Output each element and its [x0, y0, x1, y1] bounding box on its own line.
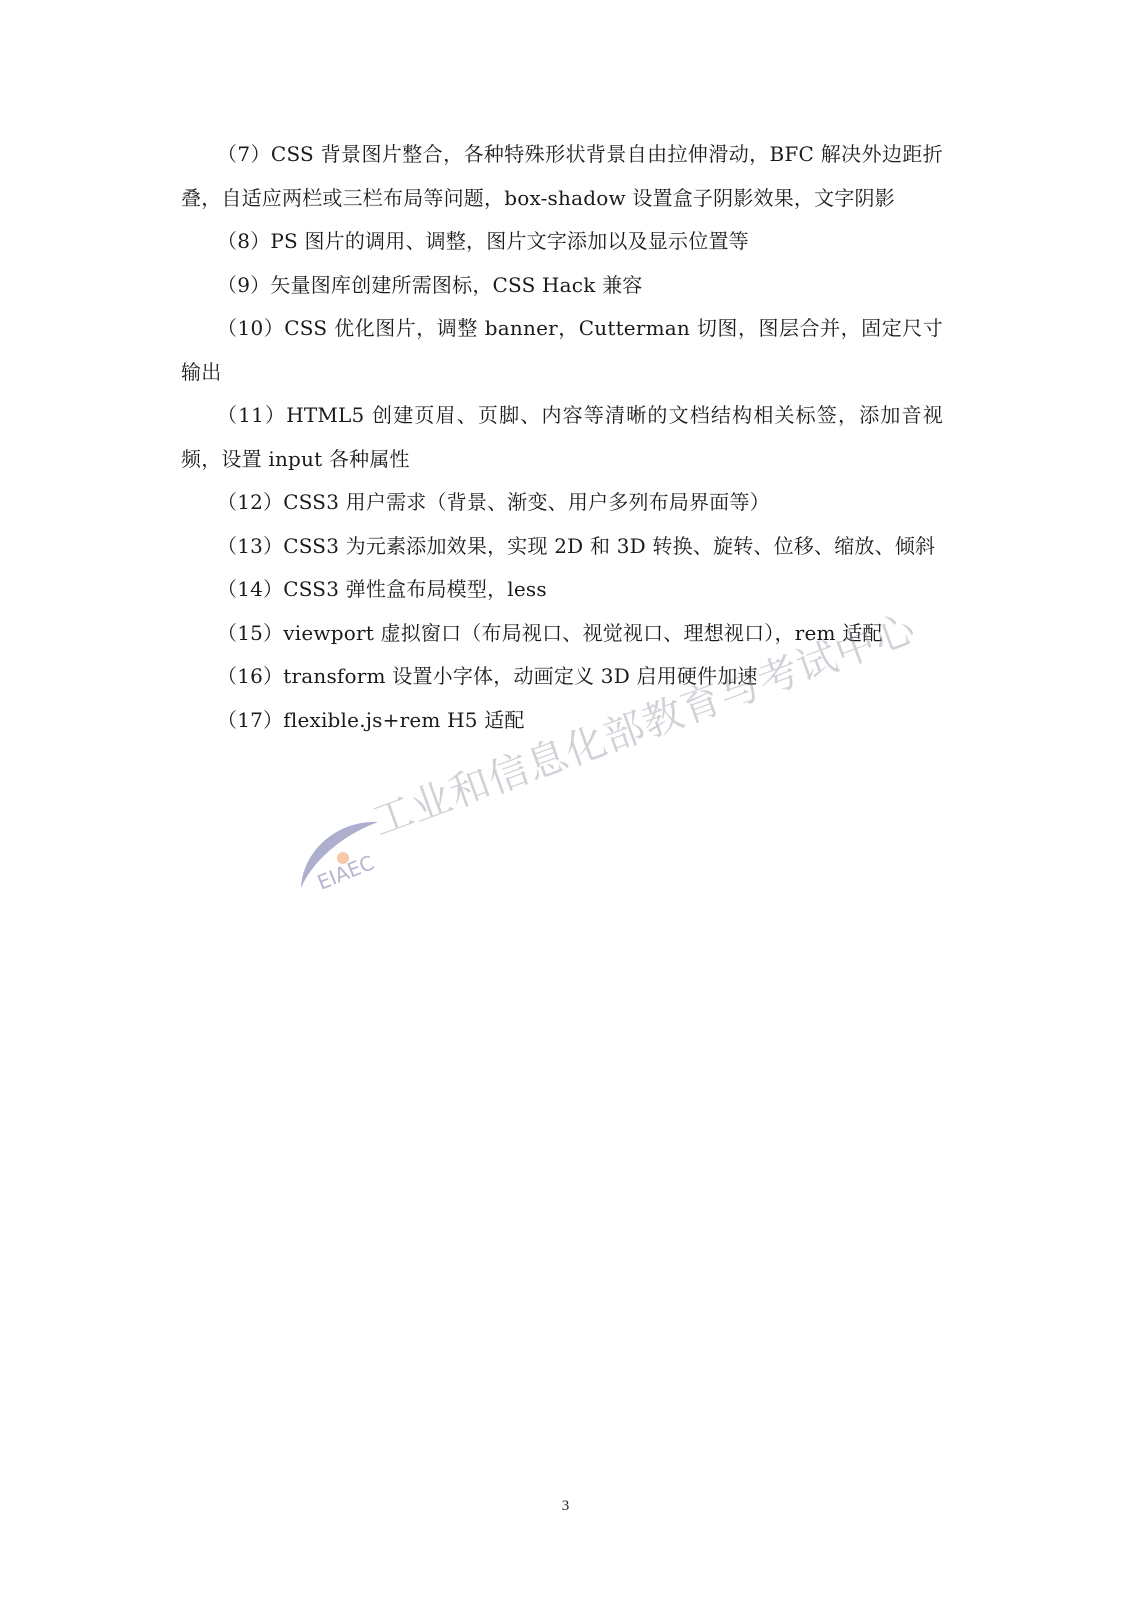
- paragraph-item-7: （7）CSS 背景图片整合，各种特殊形状背景自由拉伸滑动，BFC 解决外边距折叠…: [181, 133, 943, 220]
- paragraph-item-11: （11）HTML5 创建页眉、页脚、内容等清晰的文档结构相关标签，添加音视频，设…: [181, 394, 943, 481]
- document-body: （7）CSS 背景图片整合，各种特殊形状背景自由拉伸滑动，BFC 解决外边距折叠…: [181, 133, 943, 742]
- paragraph-item-9: （9）矢量图库创建所需图标，CSS Hack 兼容: [181, 264, 943, 308]
- document-page: （7）CSS 背景图片整合，各种特殊形状背景自由拉伸滑动，BFC 解决外边距折叠…: [0, 0, 1131, 1600]
- paragraph-item-16: （16）transform 设置小字体，动画定义 3D 启用硬件加速: [181, 655, 943, 699]
- eiaec-logo-icon: EIAEC: [293, 810, 403, 900]
- paragraph-item-10: （10）CSS 优化图片，调整 banner，Cutterman 切图，图层合并…: [181, 307, 943, 394]
- logo-text: EIAEC: [314, 850, 378, 894]
- paragraph-item-15: （15）viewport 虚拟窗口（布局视口、视觉视口、理想视口），rem 适配: [181, 612, 943, 656]
- paragraph-item-13: （13）CSS3 为元素添加效果，实现 2D 和 3D 转换、旋转、位移、缩放、…: [181, 525, 943, 569]
- paragraph-item-12: （12）CSS3 用户需求（背景、渐变、用户多列布局界面等）: [181, 481, 943, 525]
- paragraph-item-14: （14）CSS3 弹性盒布局模型，less: [181, 568, 943, 612]
- paragraph-item-17: （17）flexible.js+rem H5 适配: [181, 699, 943, 743]
- paragraph-item-8: （8）PS 图片的调用、调整，图片文字添加以及显示位置等: [181, 220, 943, 264]
- page-number: 3: [0, 1498, 1131, 1515]
